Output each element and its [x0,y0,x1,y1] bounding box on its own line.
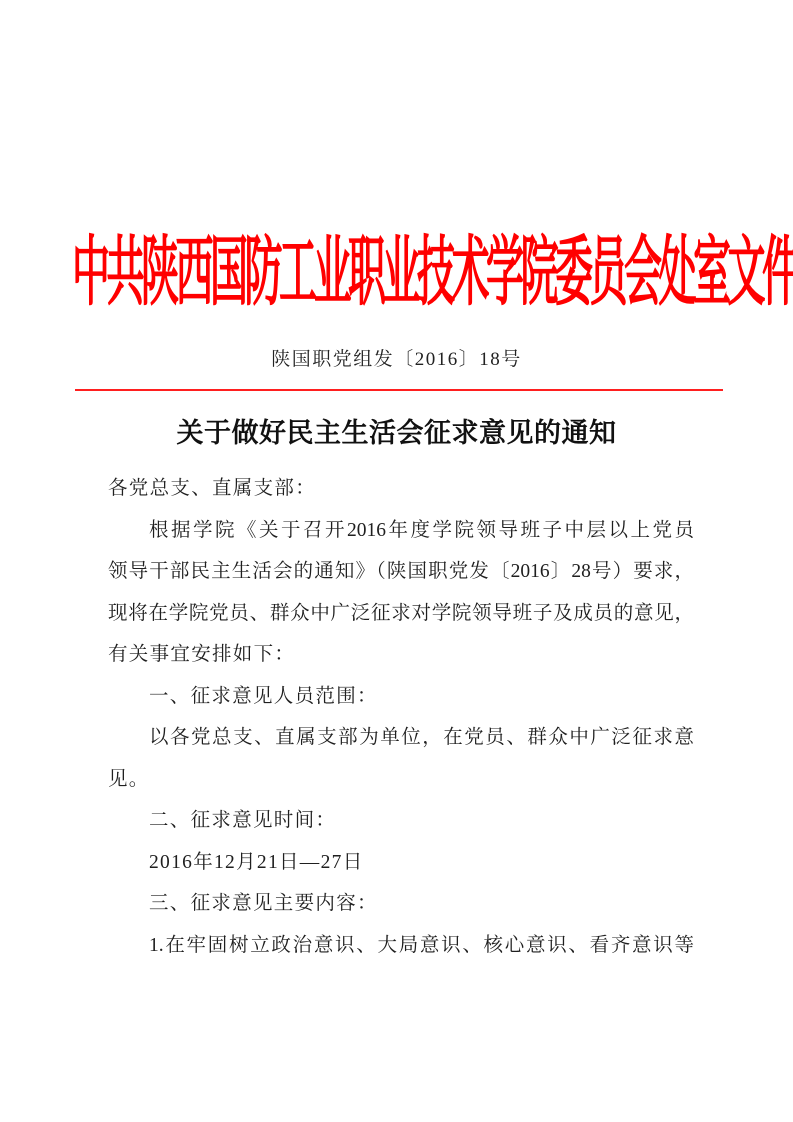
body-line: 以各党总支、直属支部为单位，在党员、群众中广泛征求意 [108,723,694,765]
body-line: 现将在学院党员、群众中广泛征求对学院领导班子及成员的意见， [108,599,694,641]
body-line: 根据学院《关于召开2016年度学院领导班子中层以上党员 [108,516,694,558]
document-number: 陕国职党组发〔2016〕18号 [0,348,793,372]
header-title-char: 陕 [141,234,176,310]
document-header-title: 中共陕西国防工业职业技术学院委员会处室文件 [72,228,728,316]
header-title-char: 工 [279,234,314,310]
section-heading-1: 一、征求意见人员范围： [108,682,694,724]
header-title-char: 文 [728,234,763,310]
header-title-char: 职 [348,234,383,310]
header-title-char: 共 [107,234,142,310]
red-divider-line [75,389,723,391]
header-title-char: 西 [176,234,211,310]
header-title-char: 防 [245,234,280,310]
header-title-char: 业 [314,234,349,310]
salutation-line: 各党总支、直属支部： [108,474,694,516]
header-title-char: 业 [383,234,418,310]
date-range-line: 2016年12月21日—27日 [108,848,694,890]
body-line: 1.在牢固树立政治意识、大局意识、核心意识、看齐意识等 [108,931,694,973]
header-title-char: 国 [210,234,245,310]
notice-title: 关于做好民主生活会征求意见的通知 [0,416,793,450]
header-title-char: 会 [624,234,659,310]
header-title-char: 委 [555,234,590,310]
notice-body: 各党总支、直属支部： 根据学院《关于召开2016年度学院领导班子中层以上党员 领… [108,474,694,972]
document-page: 中共陕西国防工业职业技术学院委员会处室文件 陕国职党组发〔2016〕18号 关于… [0,0,793,1122]
section-heading-2: 二、征求意见时间： [108,806,694,848]
header-title-char: 室 [693,234,728,310]
header-title-char: 技 [417,234,452,310]
section-heading-3: 三、征求意见主要内容： [108,889,694,931]
body-line: 有关事宜安排如下： [108,640,694,682]
header-title-char: 员 [590,234,625,310]
body-line: 见。 [108,765,694,807]
body-line: 领导干部民主生活会的通知》（陕国职党发〔2016〕28号）要求， [108,557,694,599]
header-title-char: 中 [72,234,107,310]
header-title-char: 处 [659,234,694,310]
header-title-char: 术 [452,234,487,310]
header-title-char: 件 [762,234,793,310]
header-title-char: 学 [486,234,521,310]
header-title-char: 院 [521,234,556,310]
